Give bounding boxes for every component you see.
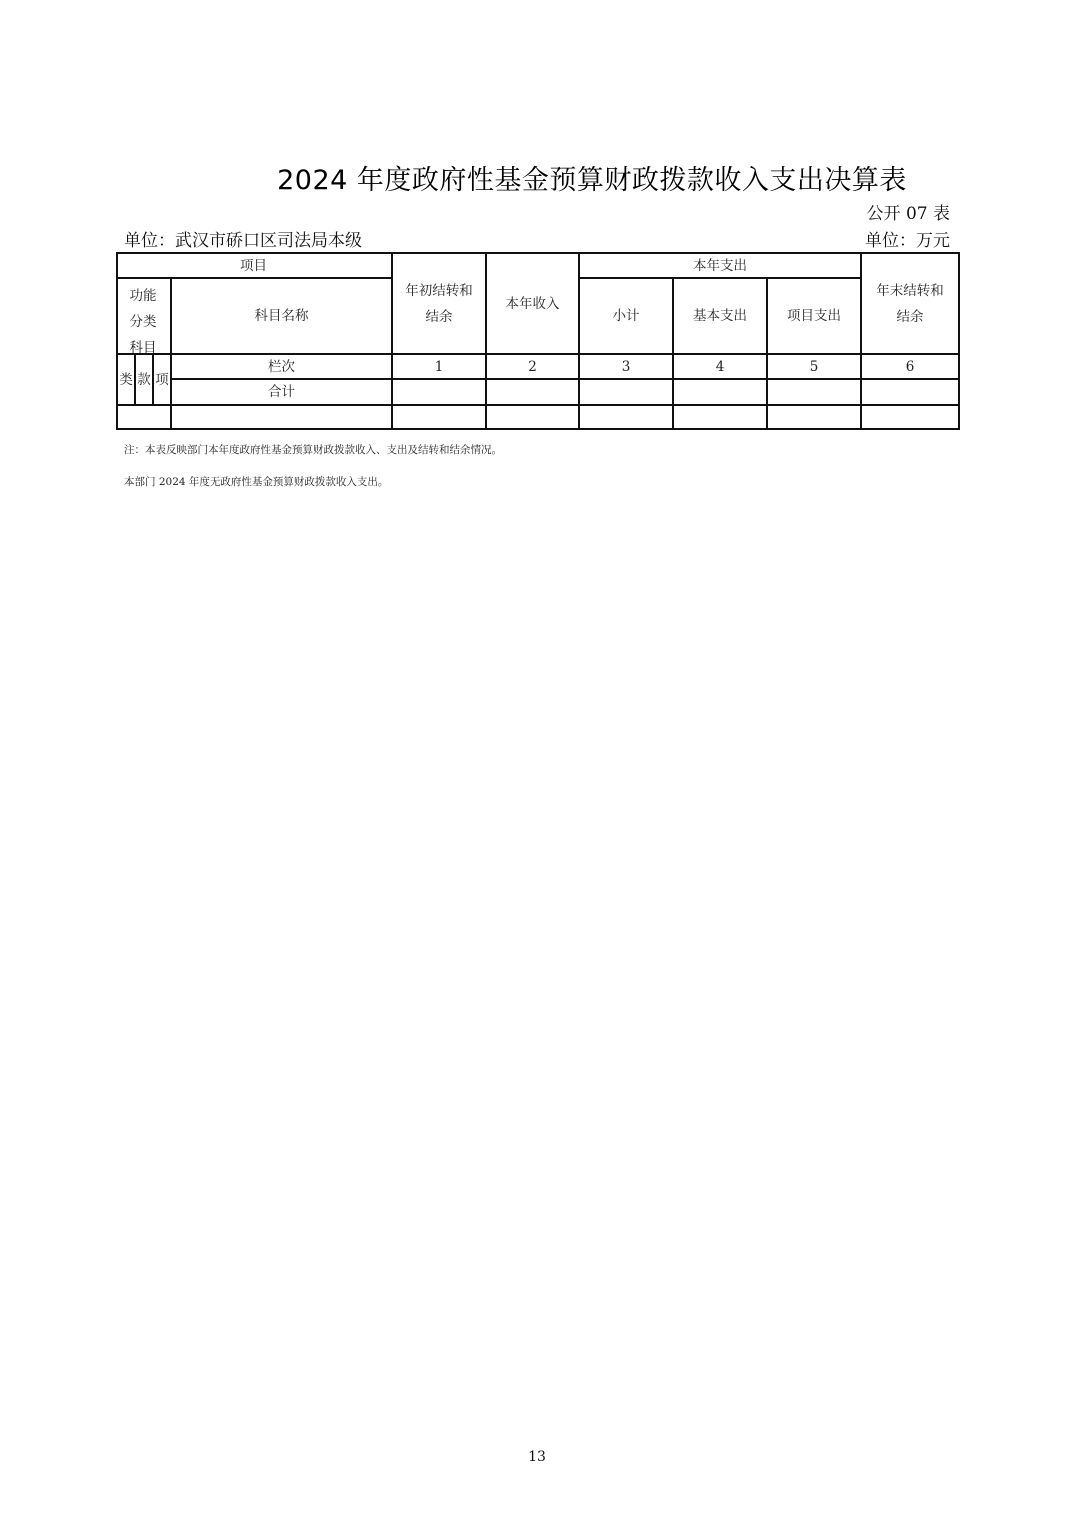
budget-table: 项目 功能 分类 科目 科目名称 年初结转和 结余 本年收入 本年支出 小计 基… [116,252,958,429]
header-class: 类 [118,355,134,404]
header-subject-name: 科目名称 [172,279,391,353]
header-function-class-line1: 功能 [130,283,157,309]
header-section: 款 [136,355,152,404]
table-row-name [172,406,391,428]
total-value-4 [674,380,766,404]
header-function-class-line3: 科目 [130,335,157,353]
page-title: 2024 年度政府性基金预算财政拨款收入支出决算表 [0,158,1074,197]
table-row-value-4 [674,406,766,428]
column-index-1: 1 [393,355,485,378]
header-current-income: 本年收入 [487,254,578,353]
unit-organization: 单位：武汉市硚口区司法局本级 [124,226,362,251]
header-closing-balance-line1: 年末结转和 [876,278,944,304]
header-subtotal: 小计 [580,279,672,353]
total-value-2 [487,380,578,404]
column-index-5: 5 [768,355,860,378]
total-label: 合计 [172,380,391,404]
table-row-code [118,406,170,428]
header-closing-balance: 年末结转和 结余 [862,254,958,353]
column-index-label: 栏次 [172,355,391,378]
header-function-class-line2: 分类 [130,309,157,335]
column-index-6: 6 [862,355,958,378]
header-current-expense: 本年支出 [580,254,860,277]
form-code: 公开 07 表 [867,199,950,224]
table-border-right [958,252,960,430]
column-index-3: 3 [580,355,672,378]
table-note: 注：本表反映部门本年度政府性基金预算财政拨款收入、支出及结转和结余情况。 [124,442,502,457]
table-row-value-6 [862,406,958,428]
total-value-3 [580,380,672,404]
table-row-value-3 [580,406,672,428]
total-value-5 [768,380,860,404]
header-opening-balance-line1: 年初结转和 [405,278,473,304]
unit-currency: 单位：万元 [865,226,950,251]
header-project-expense: 项目支出 [768,279,860,353]
column-index-2: 2 [487,355,578,378]
no-data-statement: 本部门 2024 年度无政府性基金预算财政拨款收入支出。 [124,474,388,489]
header-project: 项目 [116,254,391,277]
header-item: 项 [154,355,170,404]
header-closing-balance-line2: 结余 [876,304,944,330]
header-opening-balance: 年初结转和 结余 [393,254,485,353]
header-function-class: 功能 分类 科目 [116,279,170,353]
table-row-value-2 [487,406,578,428]
page-number: 13 [0,1449,1074,1465]
table-row-value-5 [768,406,860,428]
column-index-4: 4 [674,355,766,378]
header-basic-expense: 基本支出 [674,279,766,353]
table-row-value-1 [393,406,485,428]
header-opening-balance-line2: 结余 [405,304,473,330]
table-border-bottom [116,428,960,430]
total-value-6 [862,380,958,404]
total-value-1 [393,380,485,404]
